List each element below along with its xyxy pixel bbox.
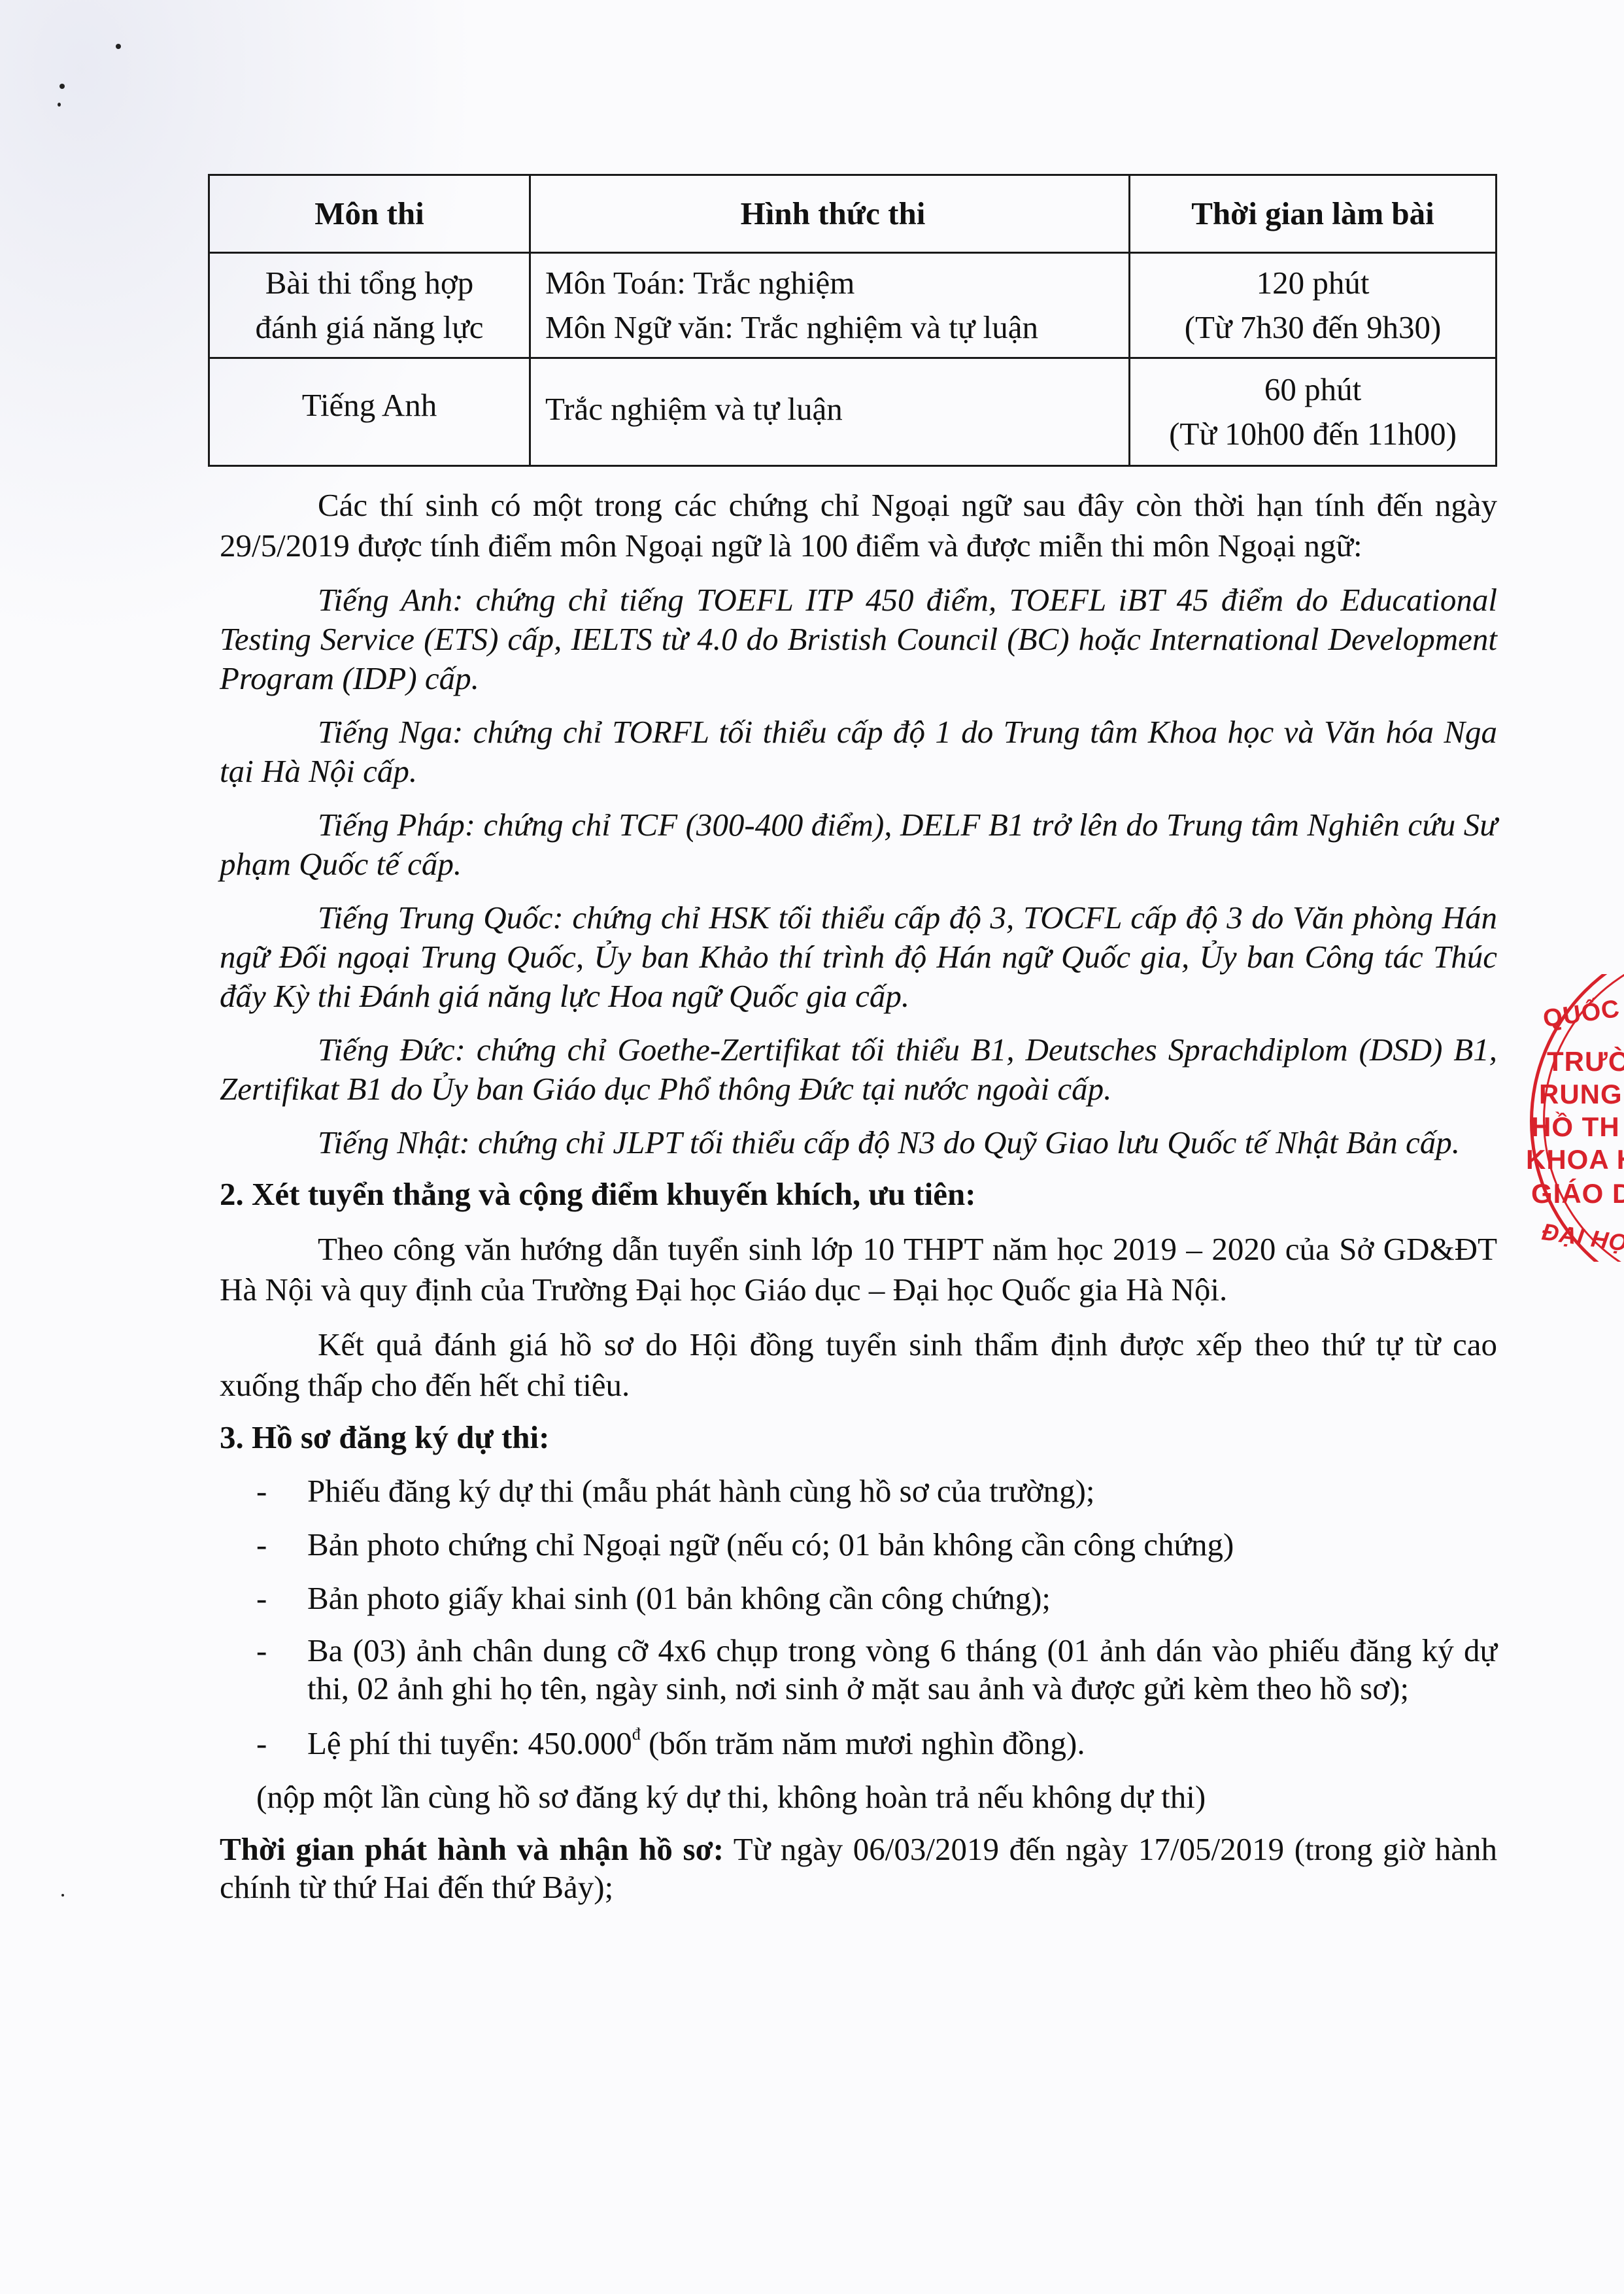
list-item: -Bản photo chứng chỉ Ngoại ngữ (nếu có; … — [220, 1525, 1497, 1565]
scan-speck — [61, 1894, 64, 1897]
subject-cell: Bài thi tổng hợp đánh giá năng lực — [209, 253, 530, 358]
certificate-russian: Tiếng Nga: chứng chỉ TORFL tối thiểu cấp… — [220, 713, 1497, 791]
fee-amount: 450.000 — [528, 1725, 632, 1761]
section-2-paragraph: Theo công văn hướng dẫn tuyển sinh lớp 1… — [220, 1229, 1497, 1310]
currency-symbol: đ — [632, 1725, 641, 1744]
section-3-heading: 3. Hồ sơ đăng ký dự thi: — [220, 1417, 1497, 1458]
format-cell: Trắc nghiệm và tự luận — [530, 358, 1130, 466]
header-format: Hình thức thi — [530, 175, 1130, 253]
certificate-french: Tiếng Pháp: chứng chỉ TCF (300-400 điểm)… — [220, 805, 1497, 884]
format-cell: Môn Toán: Trắc nghiệm Môn Ngữ văn: Trắc … — [530, 253, 1130, 358]
certificate-german: Tiếng Đức: chứng chỉ Goethe-Zertifikat t… — [220, 1030, 1497, 1109]
bullet-dash: - — [256, 1525, 267, 1565]
list-item-fee: -Lệ phí thi tuyển: 450.000đ (bốn trăm nă… — [220, 1723, 1497, 1764]
certificate-japanese: Tiếng Nhật: chứng chỉ JLPT tối thiểu cấp… — [220, 1123, 1497, 1162]
certificate-chinese: Tiếng Trung Quốc: chứng chỉ HSK tối thiể… — [220, 898, 1497, 1016]
table-header-row: Môn thi Hình thức thi Thời gian làm bài — [209, 175, 1497, 253]
section-2-heading: 2. Xét tuyển thẳng và cộng điểm khuyến k… — [220, 1174, 1497, 1215]
bullet-dash: - — [256, 1578, 267, 1619]
issue-period-label: Thời gian phát hành và nhận hồ sơ: — [220, 1831, 724, 1867]
official-red-stamp: QUỐC TRƯỜ RUNG HỒ TH KHOA H GIÁO D ĐẠI H… — [1523, 974, 1624, 1262]
bullet-dash: - — [256, 1632, 267, 1670]
duration-cell: 120 phút (Từ 7h30 đến 9h30) — [1130, 253, 1497, 358]
document-body: Các thí sinh có một trong các chứng chỉ … — [220, 485, 1497, 1906]
section-2-paragraph: Kết quả đánh giá hồ sơ do Hội đồng tuyển… — [220, 1324, 1497, 1406]
header-duration: Thời gian làm bài — [1130, 175, 1497, 253]
table-row: Tiếng Anh Trắc nghiệm và tự luận 60 phút… — [209, 358, 1497, 466]
list-item: -Phiếu đăng ký dự thi (mẫu phát hành cùn… — [220, 1471, 1497, 1511]
scan-speck — [58, 103, 61, 107]
scan-speck — [116, 44, 121, 49]
issue-period: Thời gian phát hành và nhận hồ sơ: Từ ng… — [220, 1830, 1497, 1906]
header-subject: Môn thi — [209, 175, 530, 253]
table-row: Bài thi tổng hợp đánh giá năng lực Môn T… — [209, 253, 1497, 358]
bullet-dash: - — [256, 1723, 267, 1764]
list-item: -Ba (03) ảnh chân dung cỡ 4x6 chụp trong… — [220, 1632, 1497, 1708]
duration-cell: 60 phút (Từ 10h00 đến 11h00) — [1130, 358, 1497, 466]
bullet-dash: - — [256, 1471, 267, 1511]
exam-schedule-table: Môn thi Hình thức thi Thời gian làm bài … — [208, 174, 1497, 467]
intro-paragraph: Các thí sinh có một trong các chứng chỉ … — [220, 485, 1497, 566]
list-item: -Bản photo giấy khai sinh (01 bản không … — [220, 1578, 1497, 1619]
subject-cell: Tiếng Anh — [209, 358, 530, 466]
certificate-english: Tiếng Anh: chứng chỉ tiếng TOEFL ITP 450… — [220, 581, 1497, 698]
fee-note: (nộp một lần cùng hồ sơ đăng ký dự thi, … — [220, 1777, 1497, 1817]
scan-speck — [59, 84, 65, 89]
